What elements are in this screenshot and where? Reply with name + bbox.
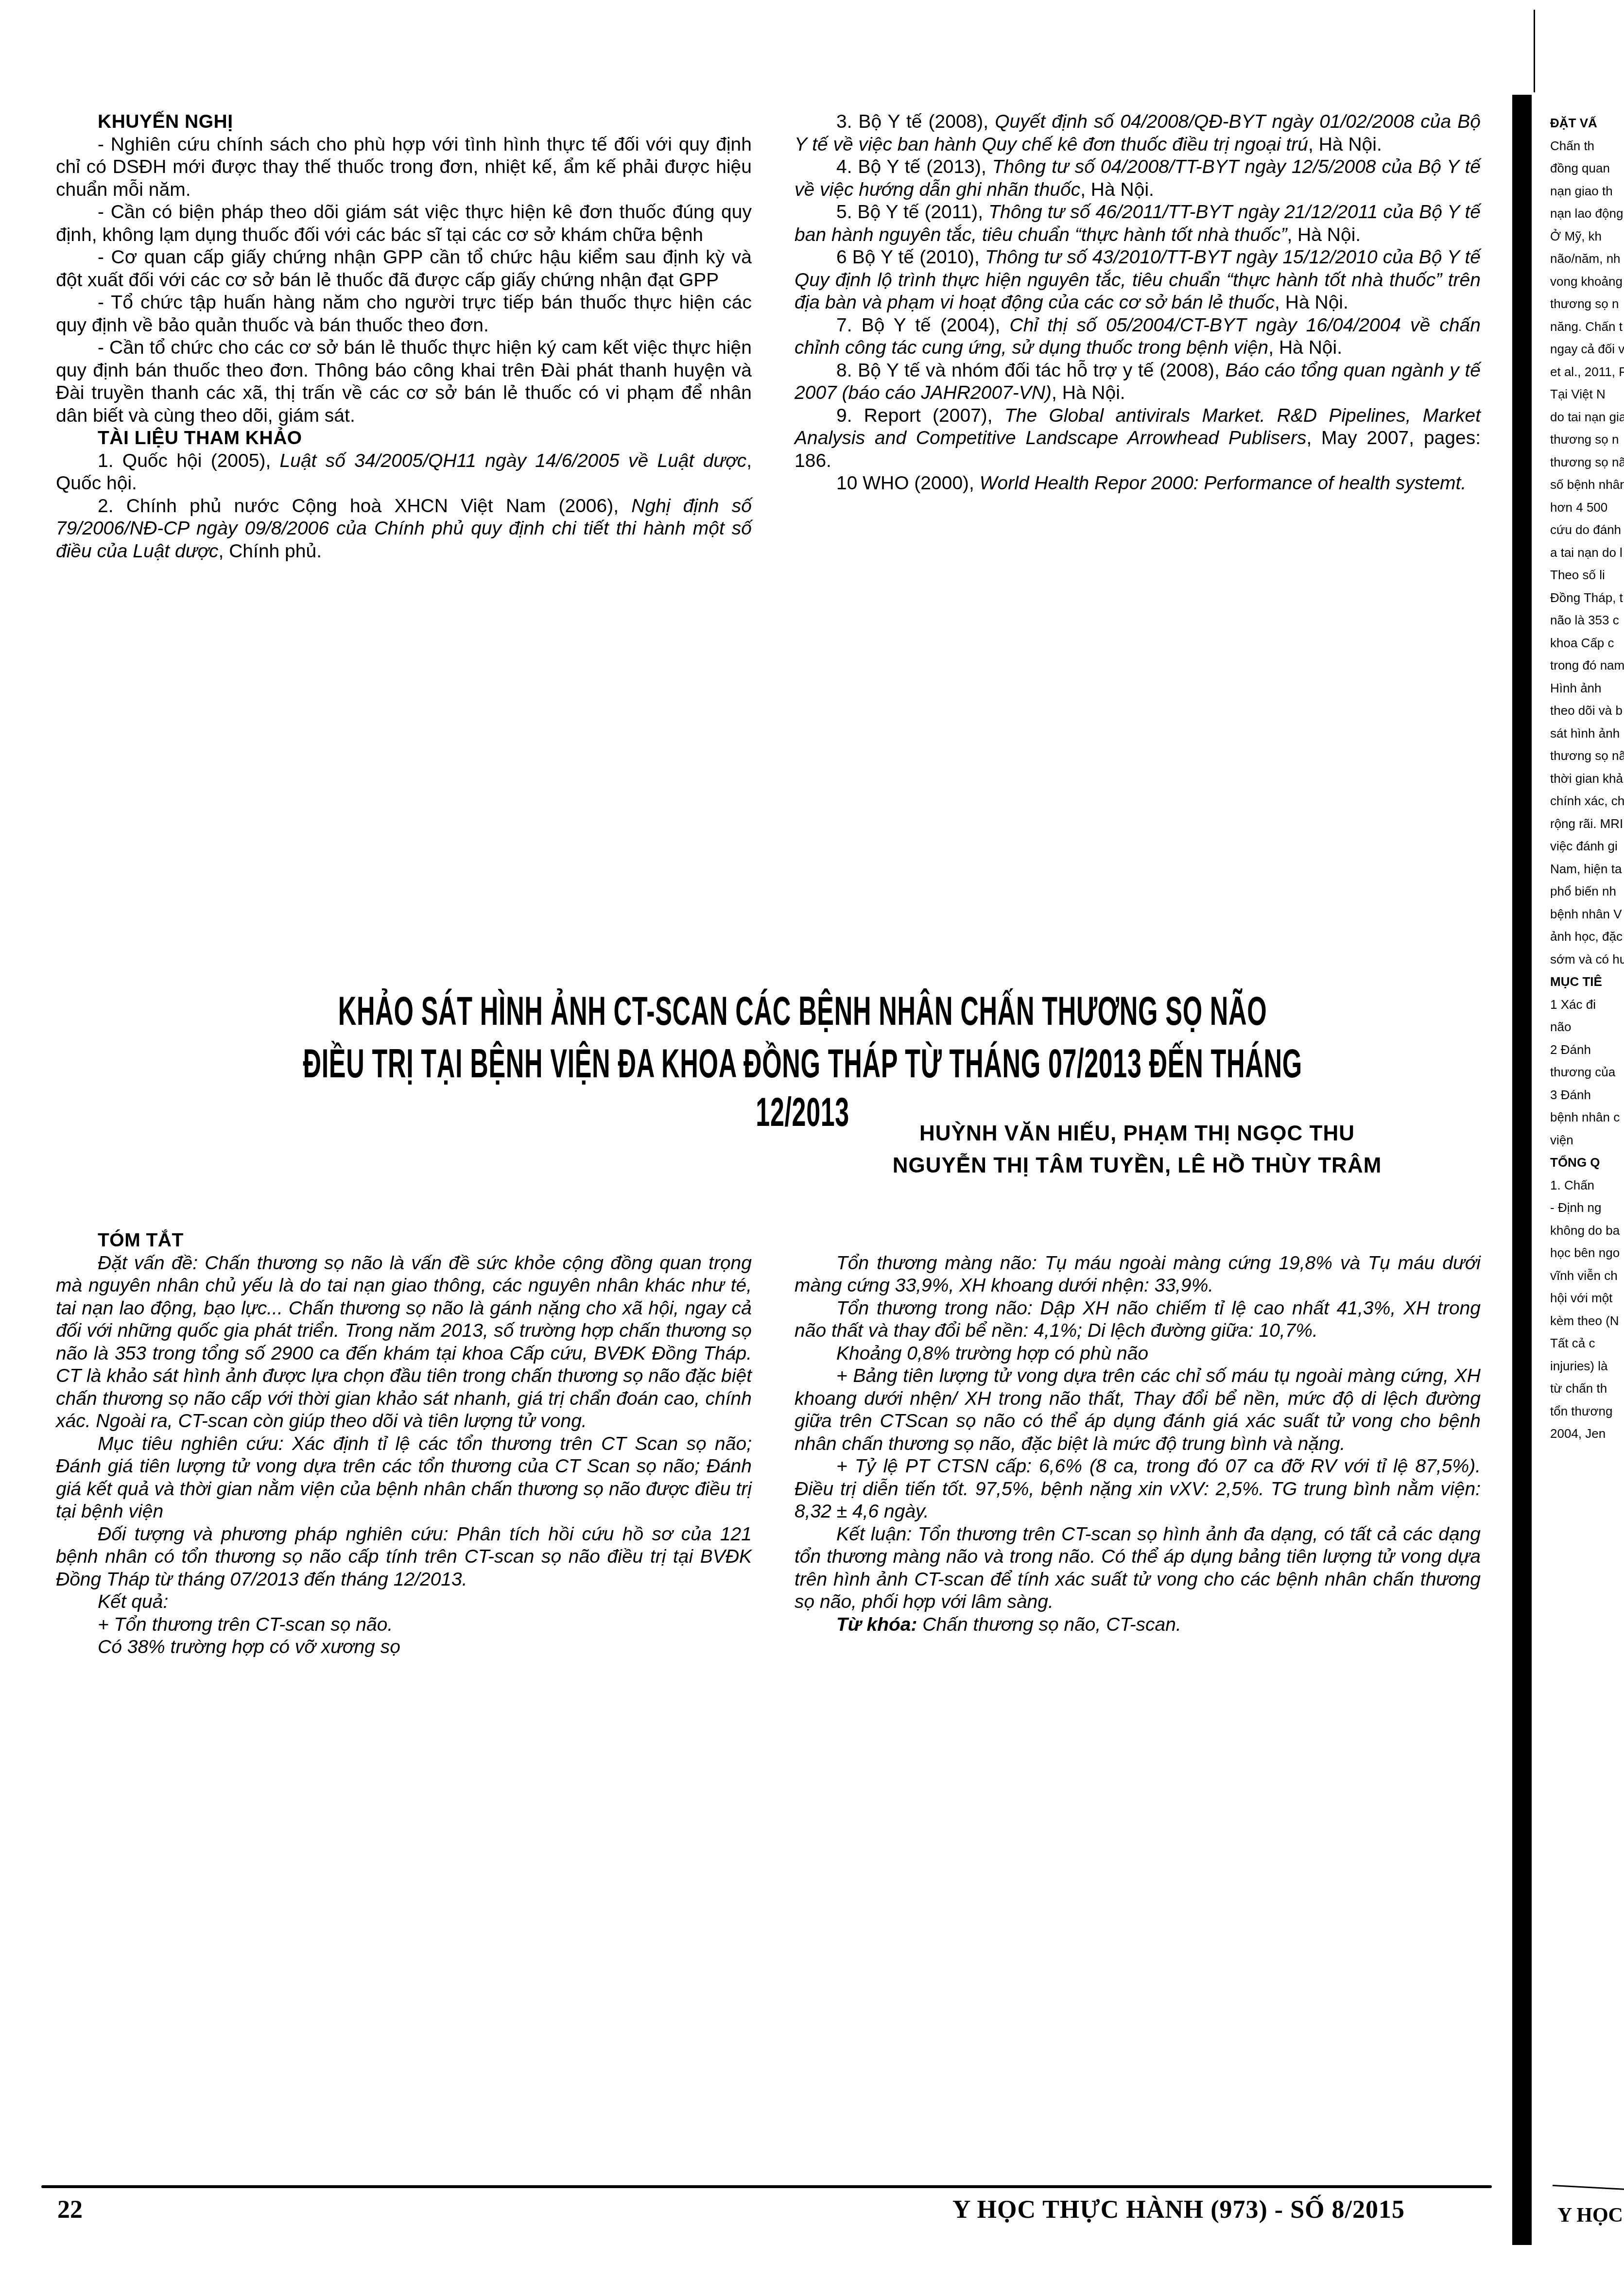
- next-page-bleed-line: Ở Mỹ, kh: [1550, 225, 1624, 248]
- abstract-paragraph: + Bảng tiên lượng tử vong dựa trên các c…: [795, 1365, 1481, 1455]
- next-page-bleed-line: sớm và có hu: [1550, 948, 1624, 971]
- next-page-bleed-line: 3 Đánh: [1550, 1084, 1624, 1106]
- next-page-bleed-line: vong khoảng: [1550, 270, 1624, 293]
- next-page-bleed-line: đồng quan: [1550, 157, 1624, 180]
- abstract-paragraph: Khoảng 0,8% trường hợp có phù não: [795, 1343, 1481, 1365]
- page-number: 22: [57, 2195, 83, 2224]
- next-page-bleed-line: 2004, Jen: [1550, 1422, 1624, 1445]
- spacer: [795, 1229, 1481, 1252]
- next-page-bleed-line: tổn thương: [1550, 1400, 1624, 1423]
- next-page-bleed-line: năng. Chấn t: [1550, 315, 1624, 338]
- next-page-bleed-line: từ chấn th: [1550, 1377, 1624, 1400]
- next-page-bleed-line: ảnh học, đặc: [1550, 925, 1624, 948]
- next-page-bleed-line: Theo số li: [1550, 564, 1624, 587]
- next-page-bleed-line: không do ba: [1550, 1219, 1624, 1242]
- next-page-bleed-line: việc đánh gi: [1550, 835, 1624, 858]
- next-page-bleed-line: bệnh nhân c: [1550, 1106, 1624, 1129]
- next-page-bleed-line: Hình ảnh: [1550, 677, 1624, 700]
- journal-footer: Y HỌC THỰC HÀNH (973) - SỐ 8/2015: [952, 2195, 1405, 2224]
- reference-item: 8. Bộ Y tế và nhóm đối tác hỗ trợ y tế (…: [795, 360, 1481, 405]
- next-page-bleed-line: thương của: [1550, 1061, 1624, 1084]
- journal-page: KHUYẾN NGHỊ - Nghiên cứu chính sách cho …: [0, 0, 1624, 2296]
- abstract-paragraph: Tổn thương trong não: Dập XH não chiếm t…: [795, 1297, 1481, 1343]
- recommendations-column: KHUYẾN NGHỊ - Nghiên cứu chính sách cho …: [56, 111, 752, 563]
- article-title-line-1: KHẢO SÁT HÌNH ẢNH CT-SCAN CÁC BỆNH NHÂN …: [299, 986, 1306, 1035]
- next-page-bleed-line: ĐẶT VẤ: [1550, 112, 1624, 135]
- abstract-paragraph: Kết luận: Tổn thương trên CT-scan sọ hìn…: [795, 1523, 1481, 1614]
- abstract-paragraph: Đối tượng và phương pháp nghiên cứu: Phâ…: [56, 1523, 752, 1591]
- next-page-footer: Y HỌC T: [1557, 2204, 1624, 2227]
- next-page-bleed-line: vĩnh viễn ch: [1550, 1264, 1624, 1287]
- next-page-bleed-line: et al., 2011, P: [1550, 361, 1624, 383]
- reference-item: 2. Chính phủ nước Cộng hoà XHCN Việt Nam…: [56, 495, 752, 563]
- next-page-bleed-line: hội với một: [1550, 1287, 1624, 1310]
- next-page-bleed-line: 1 Xác đi: [1550, 993, 1624, 1016]
- abstract-paragraph: Kết quả:: [56, 1591, 752, 1614]
- reference-item: 5. Bộ Y tế (2011), Thông tư số 46/2011/T…: [795, 201, 1481, 246]
- next-page-bleed-line: não/năm, nh: [1550, 247, 1624, 270]
- next-page-bleed-line: sát hình ảnh: [1550, 722, 1624, 745]
- next-page-bleed-line: thương sọ n: [1550, 428, 1624, 451]
- recommendation-item: - Cần có biện pháp theo dõi giám sát việ…: [56, 201, 752, 246]
- recommendation-item: - Nghiên cứu chính sách cho phù hợp với …: [56, 134, 752, 202]
- next-page-bleed-line: nạn giao th: [1550, 180, 1624, 203]
- next-page-bleed-line: 1. Chấn: [1550, 1174, 1624, 1197]
- reference-item: 6 Bộ Y tế (2010), Thông tư số 43/2010/TT…: [795, 246, 1481, 314]
- binding-shadow: [1512, 95, 1532, 2245]
- next-page-bleed-line: theo dõi và b: [1550, 699, 1624, 722]
- reference-item: 9. Report (2007), The Global antivirals …: [795, 405, 1481, 473]
- next-page-bleed-line: thời gian khả: [1550, 767, 1624, 790]
- keywords: Từ khóa: Chấn thương sọ não, CT-scan.: [795, 1614, 1481, 1637]
- next-page-bleed-line: cứu do đánh: [1550, 518, 1624, 541]
- abstract-paragraph: Đặt vấn đề: Chấn thương sọ não là vấn đề…: [56, 1252, 752, 1433]
- next-page-bleed-line: do tai nạn gia: [1550, 406, 1624, 429]
- abstract-paragraph: + Tỷ lệ PT CTSN cấp: 6,6% (8 ca, trong đ…: [795, 1455, 1481, 1523]
- reference-item: 4. Bộ Y tế (2013), Thông tư số 04/2008/T…: [795, 156, 1481, 201]
- next-page-bleed-line: não là 353 c: [1550, 609, 1624, 632]
- keywords-label: Từ khóa:: [836, 1614, 917, 1635]
- authors-line-1: HUỲNH VĂN HIẾU, PHẠM THỊ NGỌC THU: [797, 1118, 1477, 1150]
- reference-item: 3. Bộ Y tế (2008), Quyết định số 04/2008…: [795, 111, 1481, 156]
- abstract-heading: TÓM TẮT: [56, 1229, 752, 1252]
- authors-line-2: NGUYỄN THỊ TÂM TUYỀN, LÊ HỒ THÙY TRÂM: [797, 1150, 1477, 1182]
- next-page-bleed-line: Tất cả c: [1550, 1332, 1624, 1355]
- next-page-bleed-line: não: [1550, 1016, 1624, 1038]
- next-page-bleed-line: Chấn th: [1550, 135, 1624, 157]
- next-page-bleed-line: nạn lao động: [1550, 202, 1624, 225]
- next-page-bleed-line: Đồng Tháp, t: [1550, 587, 1624, 609]
- next-page-bleed-line: Nam, hiện ta: [1550, 858, 1624, 880]
- next-page-bleed-line: 2 Đánh: [1550, 1038, 1624, 1061]
- next-page-bleed-line: trong đó nam: [1550, 654, 1624, 677]
- abstract-paragraph: Có 38% trường hợp có vỡ xương sọ: [56, 1636, 752, 1659]
- gutter-line: [1534, 10, 1535, 92]
- next-page-bleed-line: rộng rãi. MRI: [1550, 812, 1624, 835]
- next-page-footer-rule: [1553, 2185, 1624, 2190]
- reference-item: 1. Quốc hội (2005), Luật số 34/2005/QH11…: [56, 450, 752, 495]
- abstract-paragraph: Mục tiêu nghiên cứu: Xác định tỉ lệ các …: [56, 1433, 752, 1523]
- recommendation-item: - Tổ chức tập huấn hàng năm cho người tr…: [56, 292, 752, 337]
- next-page-bleed-line: hơn 4 500: [1550, 496, 1624, 519]
- references-heading: TÀI LIỆU THAM KHẢO: [56, 427, 752, 450]
- next-page-bleed-line: khoa Cấp c: [1550, 632, 1624, 655]
- next-page-bleed-line: thương sọ nã: [1550, 744, 1624, 767]
- next-page-bleed-line: thương sọ n: [1550, 293, 1624, 315]
- recommendation-item: - Cần tổ chức cho các cơ sở bán lẻ thuốc…: [56, 337, 752, 427]
- recommendations-heading: KHUYẾN NGHỊ: [56, 111, 752, 134]
- next-page-bleed: ĐẶT VẤChấn thđồng quannạn giao thnạn lao…: [1550, 112, 1624, 1445]
- next-page-bleed-line: học bên ngo: [1550, 1242, 1624, 1264]
- recommendation-item: - Cơ quan cấp giấy chứng nhận GPP cần tổ…: [56, 246, 752, 292]
- next-page-bleed-line: injuries) là: [1550, 1355, 1624, 1378]
- keywords-value: Chấn thương sọ não, CT-scan.: [917, 1614, 1181, 1635]
- reference-item: 10 WHO (2000), World Health Repor 2000: …: [795, 472, 1481, 495]
- abstract-right-column: Tổn thương màng não: Tụ máu ngoài màng c…: [795, 1229, 1481, 1636]
- abstract-paragraph: Tổn thương màng não: Tụ máu ngoài màng c…: [795, 1252, 1481, 1297]
- footer-rule: [41, 2185, 1492, 2188]
- next-page-bleed-line: phổ biến nh: [1550, 880, 1624, 903]
- reference-item: 7. Bộ Y tế (2004), Chỉ thị số 05/2004/CT…: [795, 314, 1481, 360]
- next-page-bleed-line: - Định ng: [1550, 1196, 1624, 1219]
- abstract-paragraph: + Tổn thương trên CT-scan sọ não.: [56, 1614, 752, 1637]
- next-page-bleed-line: thương sọ nã: [1550, 451, 1624, 474]
- next-page-bleed-line: viện: [1550, 1129, 1624, 1152]
- next-page-bleed-line: ngay cả đối v: [1550, 338, 1624, 361]
- next-page-bleed-line: MỤC TIÊ: [1550, 970, 1624, 993]
- references-column: 3. Bộ Y tế (2008), Quyết định số 04/2008…: [795, 111, 1481, 495]
- next-page-bleed-line: bệnh nhân V: [1550, 903, 1624, 926]
- abstract-left-column: TÓM TẮT Đặt vấn đề: Chấn thương sọ não l…: [56, 1229, 752, 1659]
- next-page-bleed-line: a tai nạn do l: [1550, 541, 1624, 564]
- next-page-bleed-line: TỔNG Q: [1550, 1151, 1624, 1174]
- next-page-bleed-line: số bệnh nhân: [1550, 473, 1624, 496]
- next-page-bleed-line: kèm theo (N: [1550, 1310, 1624, 1332]
- next-page-bleed-line: Tại Việt N: [1550, 383, 1624, 406]
- next-page-bleed-line: chính xác, ch: [1550, 790, 1624, 812]
